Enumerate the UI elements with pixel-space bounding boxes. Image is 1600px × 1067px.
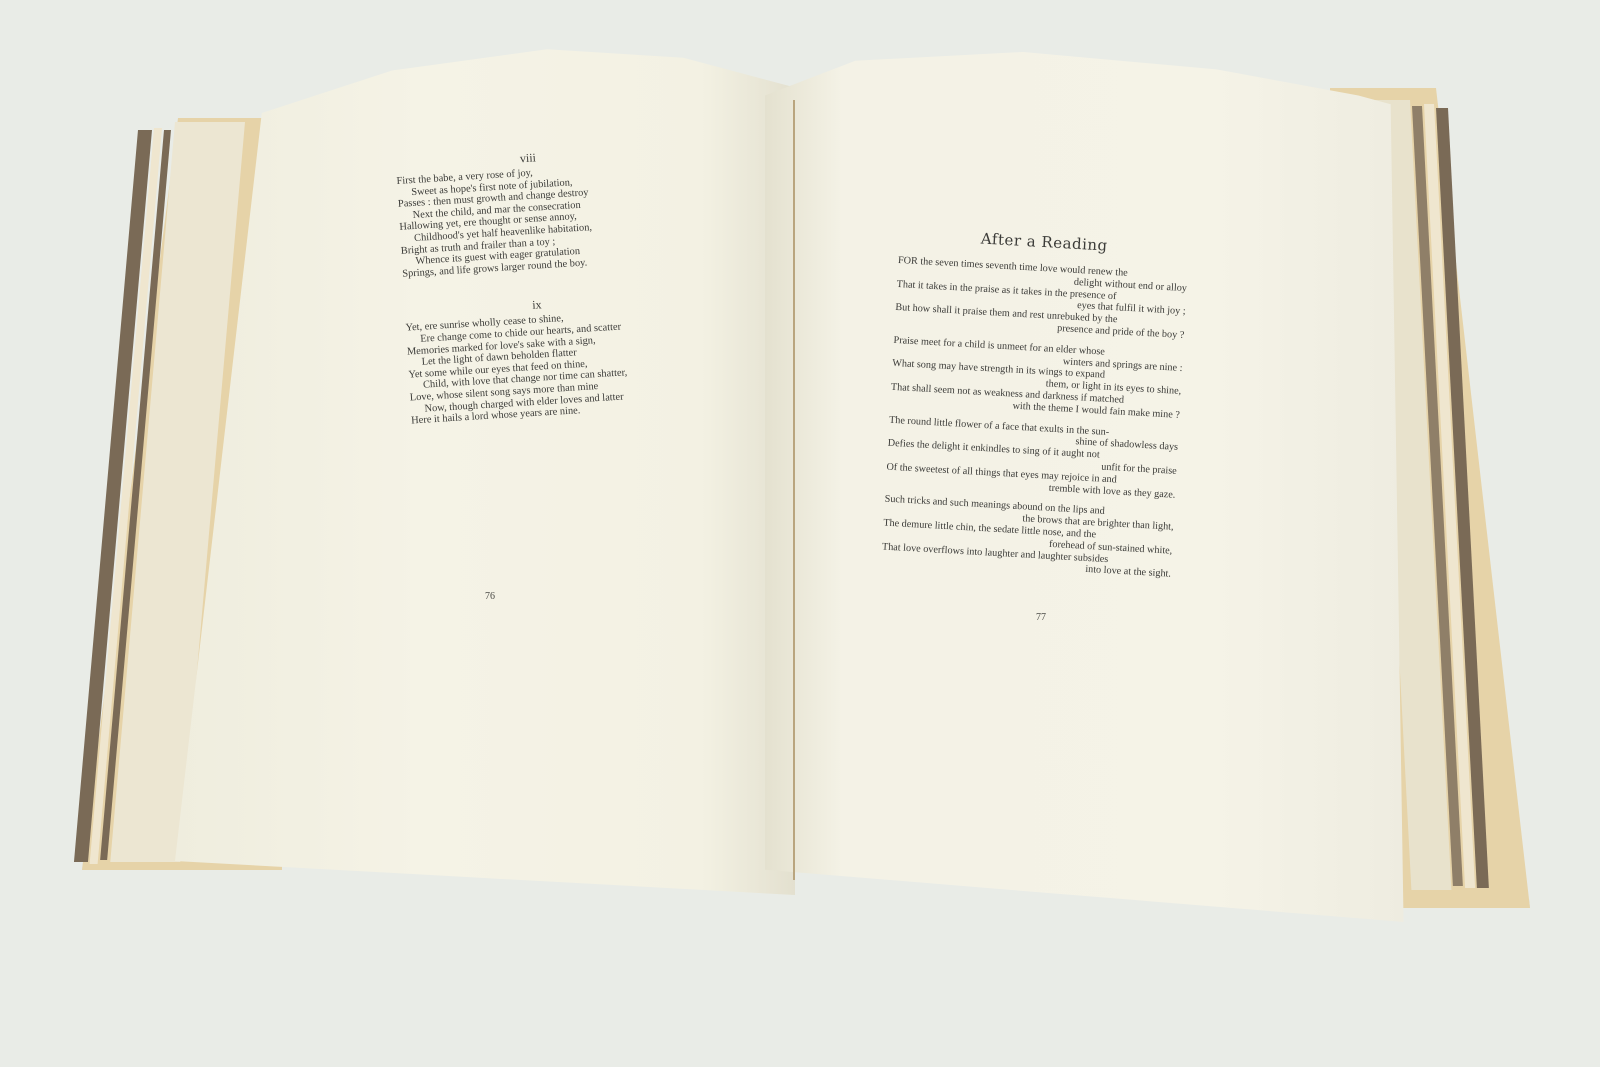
right-page-poem: After a Reading FOR the seven times seve… (881, 225, 1190, 590)
stanza: Such tricks and such meanings abound on … (881, 494, 1174, 581)
stanza: Praise meet for a child is unmeet for an… (890, 335, 1183, 422)
stanza: FOR the seven times seventh time love wo… (894, 255, 1187, 342)
stanza: The round little flower of a face that e… (885, 414, 1178, 501)
book-gutter (793, 100, 795, 880)
left-page-poem: viii First the babe, a very rose of joy,… (395, 139, 676, 427)
page-number-left: 76 (485, 591, 495, 602)
page-number-right: 77 (1036, 612, 1046, 623)
open-book-scene: viii First the babe, a very rose of joy,… (0, 0, 1600, 1067)
